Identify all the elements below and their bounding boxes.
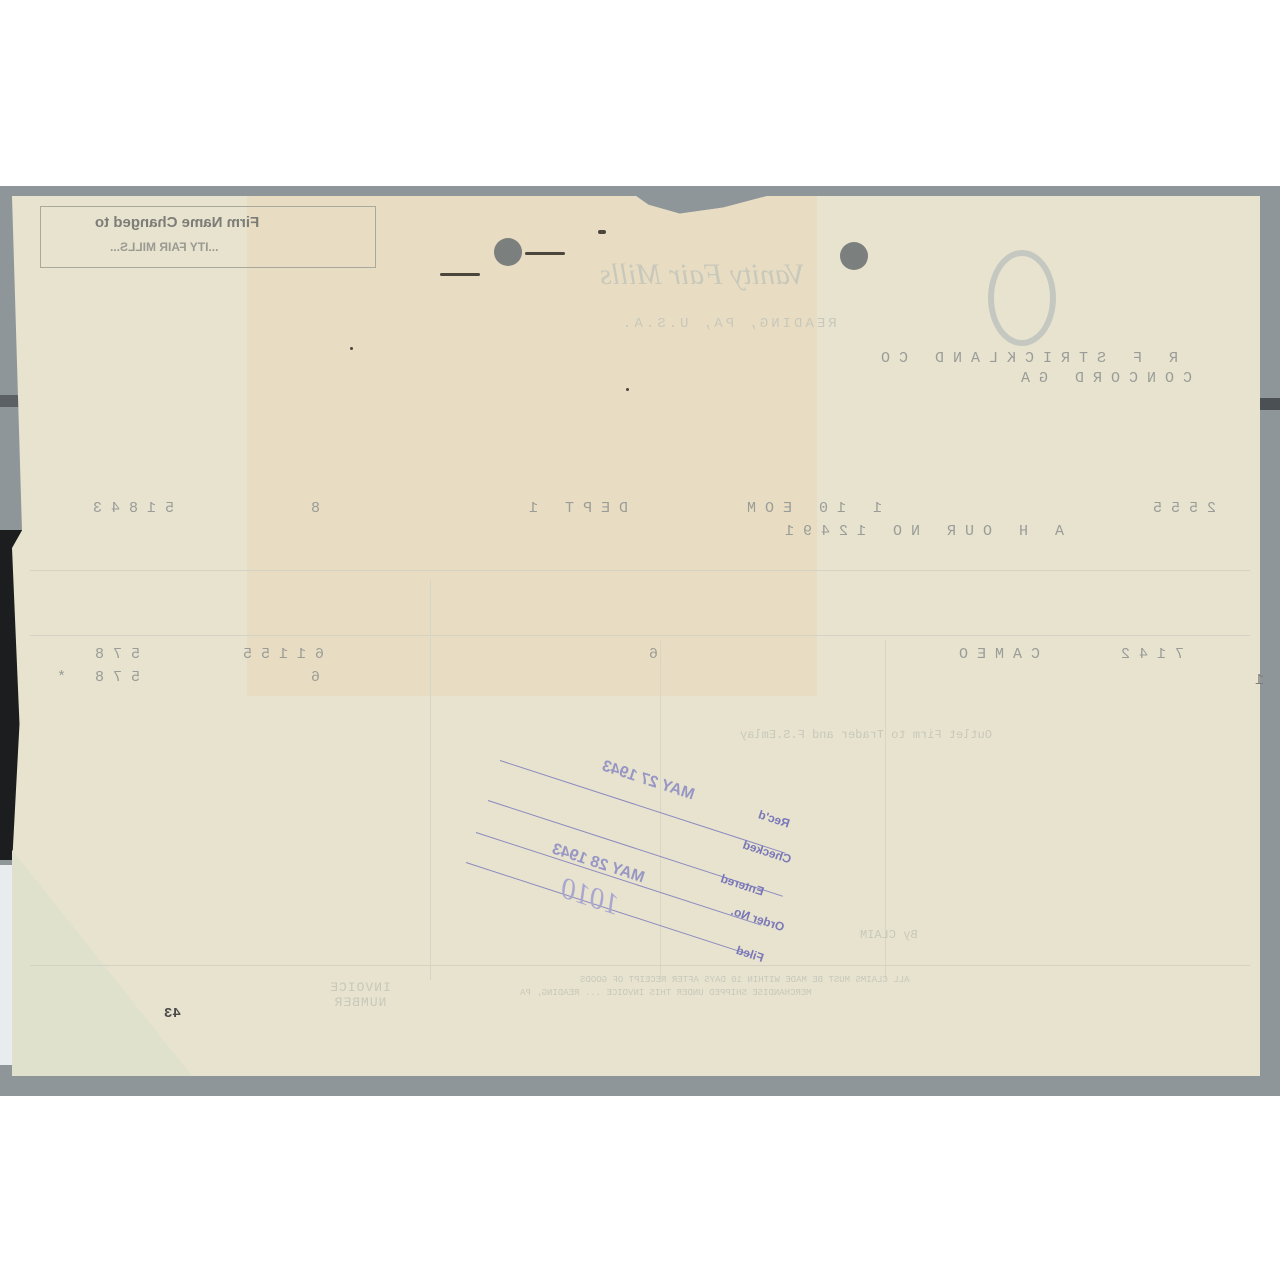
ink-speck bbox=[598, 230, 606, 234]
letterhead-location: READING, PA, U.S.A. bbox=[620, 316, 837, 332]
scanner-edge-strip-right bbox=[1260, 398, 1280, 410]
ink-speck bbox=[440, 273, 480, 276]
footer-rule bbox=[30, 965, 1250, 966]
stamp-line-1: Firm Name Changed to bbox=[95, 214, 259, 231]
order-reference: A H OUR NO 12491 bbox=[776, 523, 1064, 540]
ghost-text-line: By CLAIM bbox=[860, 928, 918, 942]
item-qty: 6 bbox=[640, 646, 658, 663]
ghost-text-line: Outlet Firm to Trader and F.S.Emlay bbox=[740, 728, 992, 742]
stamp-line-2: ...ITY FAIR MILLS... bbox=[110, 240, 218, 254]
customer-city: CONCORD GA bbox=[1012, 370, 1192, 387]
column-rule bbox=[660, 640, 661, 980]
invoice-number-label: INVOICE NUMBER bbox=[305, 980, 415, 1010]
department: DEPT 1 bbox=[520, 500, 628, 517]
item-marker: 1 bbox=[1246, 672, 1264, 689]
punch-hole-left bbox=[494, 238, 522, 266]
ink-speck bbox=[626, 388, 629, 391]
item-amount: 578 bbox=[86, 646, 140, 663]
punch-hole-right bbox=[840, 242, 868, 270]
customer-name: R F STRICKLAND CO bbox=[872, 350, 1178, 367]
order-number: 51843 bbox=[84, 500, 174, 517]
customer-number: 2555 bbox=[1144, 500, 1216, 517]
table-rule bbox=[30, 570, 1250, 571]
ink-speck bbox=[350, 347, 353, 350]
terms: 1 10 EOM bbox=[738, 500, 882, 517]
logo-oval-icon bbox=[988, 250, 1056, 346]
footer-note: 43 bbox=[164, 1006, 181, 1022]
column-rule bbox=[430, 580, 431, 980]
order-col-8: 8 bbox=[302, 500, 320, 517]
fine-print-1: ALL CLAIMS MUST BE MADE WITHIN 10 DAYS A… bbox=[580, 975, 909, 985]
total-qty: 6 bbox=[302, 669, 320, 686]
ink-speck bbox=[525, 252, 565, 255]
total-mark: * bbox=[48, 669, 66, 686]
fine-print-2: MERCHANDISE SHIPPED UNDER THIS INVOICE .… bbox=[520, 988, 812, 998]
total-amount: 578 bbox=[86, 669, 140, 686]
item-code: 61155 bbox=[234, 646, 324, 663]
scanner-edge-strip bbox=[0, 395, 20, 407]
item-style: 7142 bbox=[1112, 646, 1184, 663]
item-name: CAMEO bbox=[950, 646, 1040, 663]
letterhead-company: Vanity Fair Mills bbox=[600, 258, 805, 292]
table-rule bbox=[30, 635, 1250, 636]
scanner-light-area bbox=[0, 865, 14, 1065]
